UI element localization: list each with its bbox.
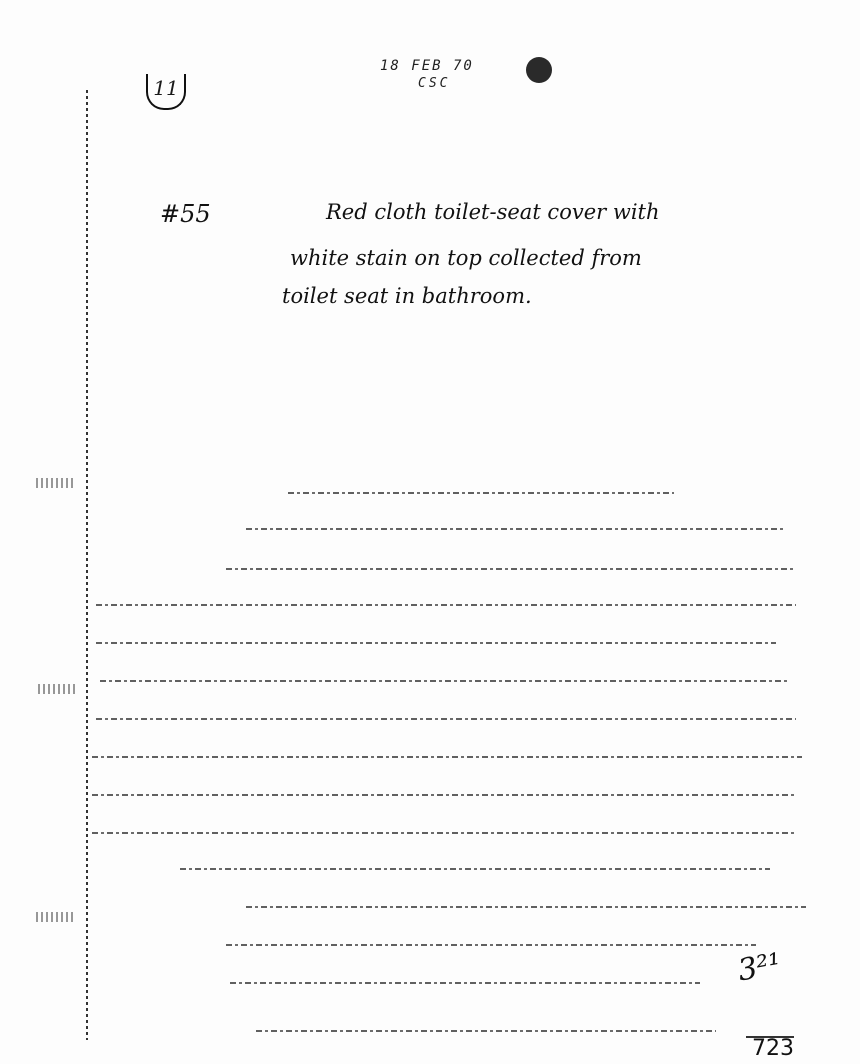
ruled-line [92,832,797,834]
ruled-line [226,944,756,946]
ruled-line [256,1030,716,1032]
ruled-line [100,680,790,682]
date-stamp: 18 FEB 70 [380,58,474,74]
ruled-line [96,642,776,644]
margin-smudge [36,912,76,922]
ruled-line [96,718,796,720]
ruled-line [92,756,802,758]
handwritten-folio-mark: 3²¹ [735,947,784,989]
entry-line-1: Red cloth toilet-seat cover with [326,200,660,224]
ruled-line [180,868,770,870]
ruled-line [92,794,797,796]
margin-smudge [38,684,78,694]
punch-hole-mark [526,57,552,83]
page-number: 723 [752,1036,794,1061]
ruled-line [246,528,786,530]
ruled-line [226,568,796,570]
circled-page-number: 11 [146,74,186,110]
ruled-line [246,906,806,908]
scanned-document-page: 11 18 FEB 70 CSC #55 Red cloth toilet-se… [0,0,860,1064]
ruled-line [288,492,674,494]
evidence-item-number: #55 [160,200,211,228]
left-margin-rule [86,90,88,1040]
ruled-line [96,604,796,606]
entry-line-2: white stain on top collected from [290,246,642,270]
margin-smudge [36,478,76,488]
initials-stamp: CSC [418,76,450,91]
ruled-line [230,982,700,984]
entry-line-3: toilet seat in bathroom. [282,284,532,308]
